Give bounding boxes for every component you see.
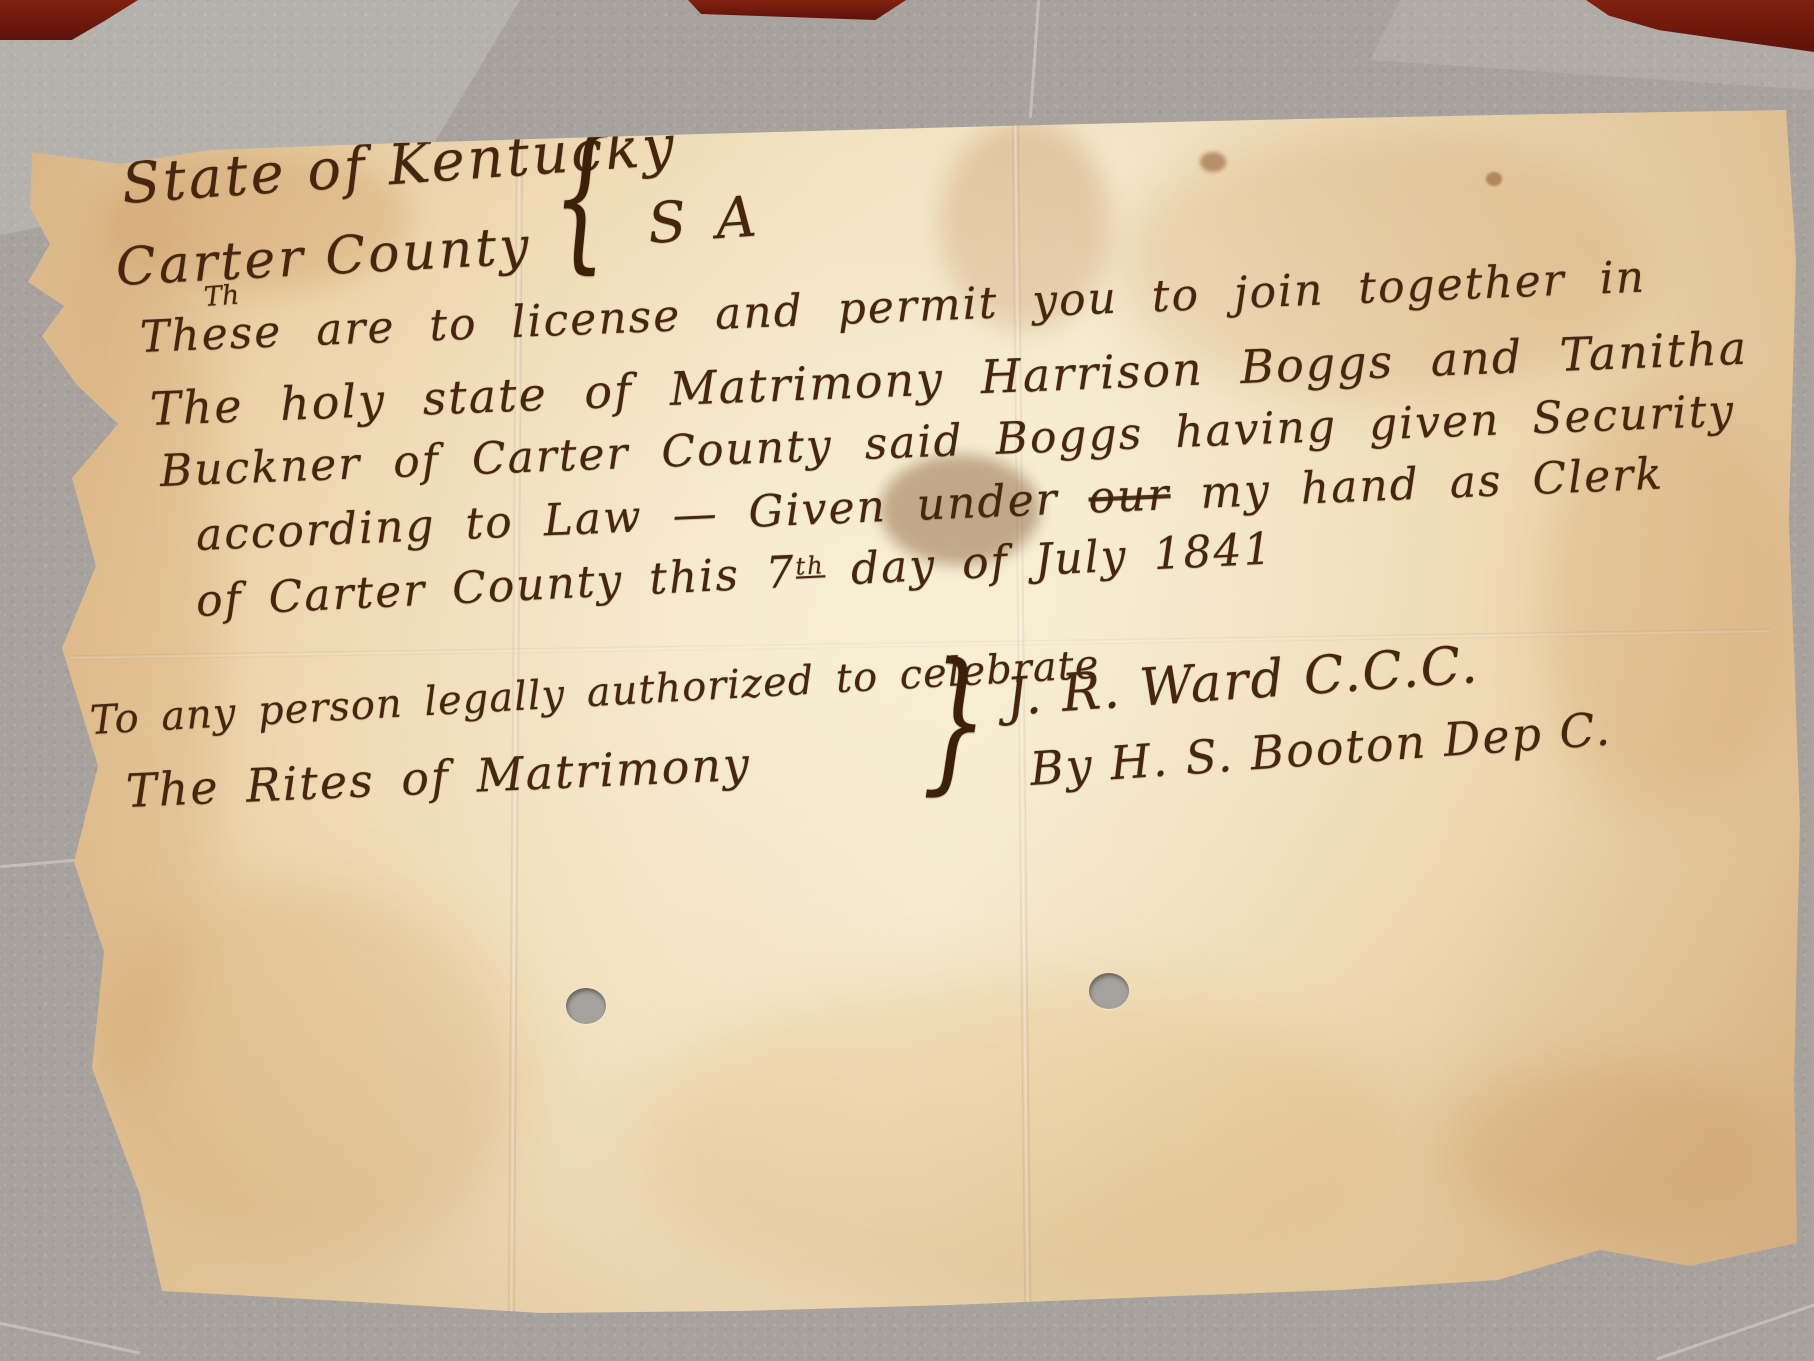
punch-hole-left <box>566 988 606 1024</box>
punch-hole-right <box>1089 973 1129 1009</box>
tile-seam <box>0 1320 141 1354</box>
tile-seam <box>1656 1302 1814 1360</box>
document-paper: State of Kentucky { S A Carter County Th… <box>0 0 1814 1361</box>
struck-word: our <box>1088 469 1172 523</box>
closing-brace: } <box>922 628 990 813</box>
header-brace: { <box>550 102 615 290</box>
header-clerk-abbrev: S A <box>646 184 765 257</box>
ordinal-superscript: th <box>795 551 826 580</box>
photo-background: State of Kentucky { S A Carter County Th… <box>0 0 1814 1361</box>
tile-seam <box>1029 0 1040 118</box>
red-edge-patch <box>688 0 906 20</box>
